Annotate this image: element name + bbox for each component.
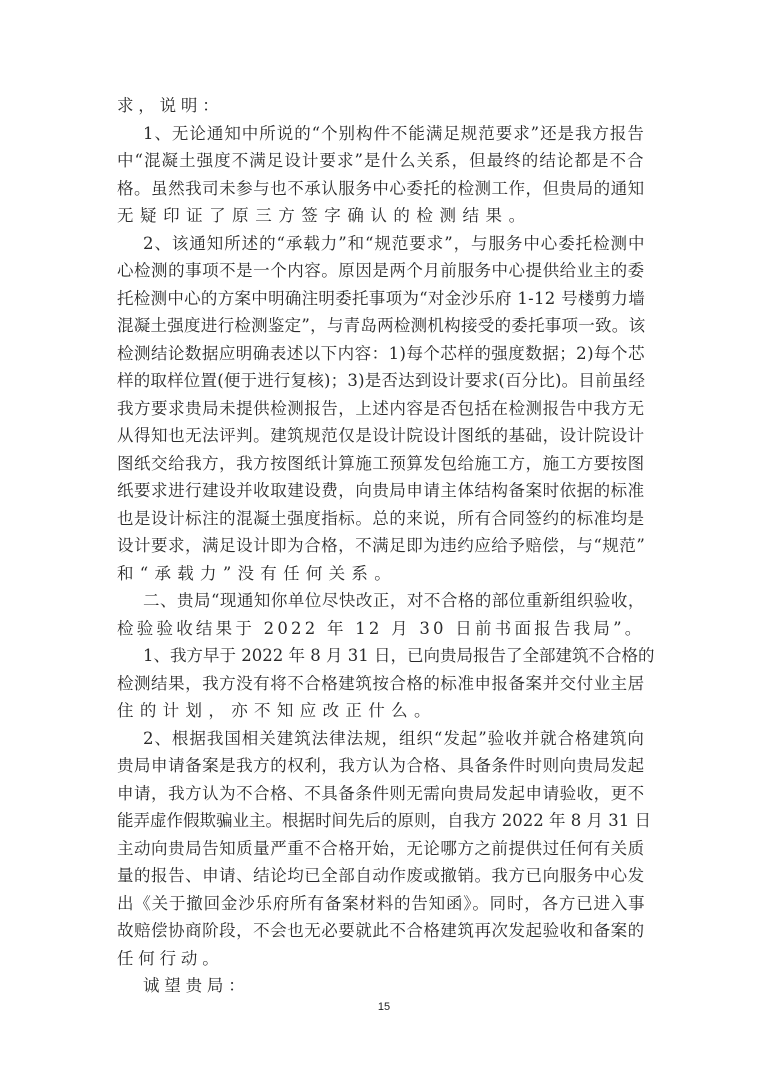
- text-line: 申请，我方认为不合格、不具备条件则无需向贵局发起申请验收，更不: [117, 780, 657, 808]
- page-number: 15: [0, 1001, 768, 1013]
- text-line: 能弄虚作假欺骗业主。根据时间先后的原则，自我方 2022 年 8 月 31 日: [117, 807, 657, 835]
- text-line: 检验验收结果于 2022 年 12 月 30 日前书面报告我局”。: [117, 615, 657, 643]
- text-line: 心检测的事项不是一个内容。原因是两个月前服务中心提供给业主的委: [117, 257, 657, 285]
- text-line: 诚望贵局：: [117, 972, 657, 1000]
- text-line: 设计要求，满足设计即为合格，不满足即为违约应给予赔偿，与“规范”: [117, 532, 657, 560]
- text-line: 主动向贵局告知质量严重不合格开始，无论哪方之前提供过任何有关质: [117, 835, 657, 863]
- text-line: 无疑印证了原三方签字确认的检测结果。: [117, 202, 657, 230]
- text-line: 检测结论数据应明确表述以下内容：1)每个芯样的强度数据；2)每个芯: [117, 340, 657, 368]
- text-line: 混凝土强度进行检测鉴定”，与青岛两检测机构接受的委托事项一致。该: [117, 312, 657, 340]
- text-line: 求，说明：: [117, 92, 657, 120]
- text-line: 故赔偿协商阶段，不会也无必要就此不合格建筑再次发起验收和备案的: [117, 917, 657, 945]
- text-line: 中“混凝土强度不满足设计要求”是什么关系，但最终的结论都是不合: [117, 147, 657, 175]
- document-page: 求，说明：1、无论通知中所说的“个别构件不能满足规范要求”还是我方报告中“混凝土…: [0, 0, 768, 1080]
- text-line: 托检测中心的方案中明确注明委托事项为“对金沙乐府 1-12 号楼剪力墙: [117, 285, 657, 313]
- text-line: 出《关于撤回金沙乐府所有备案材料的告知函》。同时，各方已进入事: [117, 890, 657, 918]
- text-line: 住的计划，亦不知应改正什么。: [117, 697, 657, 725]
- text-line: 检测结果，我方没有将不合格建筑按合格的标准申报备案并交付业主居: [117, 670, 657, 698]
- text-line: 样的取样位置(便于进行复核)；3)是否达到设计要求(百分比)。目前虽经: [117, 367, 657, 395]
- document-body: 求，说明：1、无论通知中所说的“个别构件不能满足规范要求”还是我方报告中“混凝土…: [117, 92, 657, 1000]
- text-line: 任何行动。: [117, 945, 657, 973]
- text-line: 格。虽然我司未参与也不承认服务中心委托的检测工作，但贵局的通知: [117, 175, 657, 203]
- text-line: 从得知也无法评判。建筑规范仅是设计院设计图纸的基础，设计院设计: [117, 422, 657, 450]
- text-line: 纸要求进行建设并收取建设费，向贵局申请主体结构备案时依据的标准: [117, 477, 657, 505]
- text-line: 二、贵局“现通知你单位尽快改正，对不合格的部位重新组织验收，: [117, 587, 657, 615]
- text-line: 图纸交给我方，我方按图纸计算施工预算发包给施工方，施工方要按图: [117, 450, 657, 478]
- text-line: 贵局申请备案是我方的权利，我方认为合格、具备条件时则向贵局发起: [117, 752, 657, 780]
- text-line: 我方要求贵局未提供检测报告，上述内容是否包括在检测报告中我方无: [117, 395, 657, 423]
- text-line: 和“承载力”没有任何关系。: [117, 560, 657, 588]
- text-line: 也是设计标注的混凝土强度指标。总的来说，所有合同签约的标准均是: [117, 505, 657, 533]
- text-line: 1、我方早于 2022 年 8 月 31 日，已向贵局报告了全部建筑不合格的: [117, 642, 657, 670]
- text-line: 2、该通知所述的“承载力”和“规范要求”，与服务中心委托检测中: [117, 230, 657, 258]
- text-line: 2、根据我国相关建筑法律法规，组织“发起”验收并就合格建筑向: [117, 725, 657, 753]
- text-line: 1、无论通知中所说的“个别构件不能满足规范要求”还是我方报告: [117, 120, 657, 148]
- text-line: 量的报告、申请、结论均已全部自动作废或撤销。我方已向服务中心发: [117, 862, 657, 890]
